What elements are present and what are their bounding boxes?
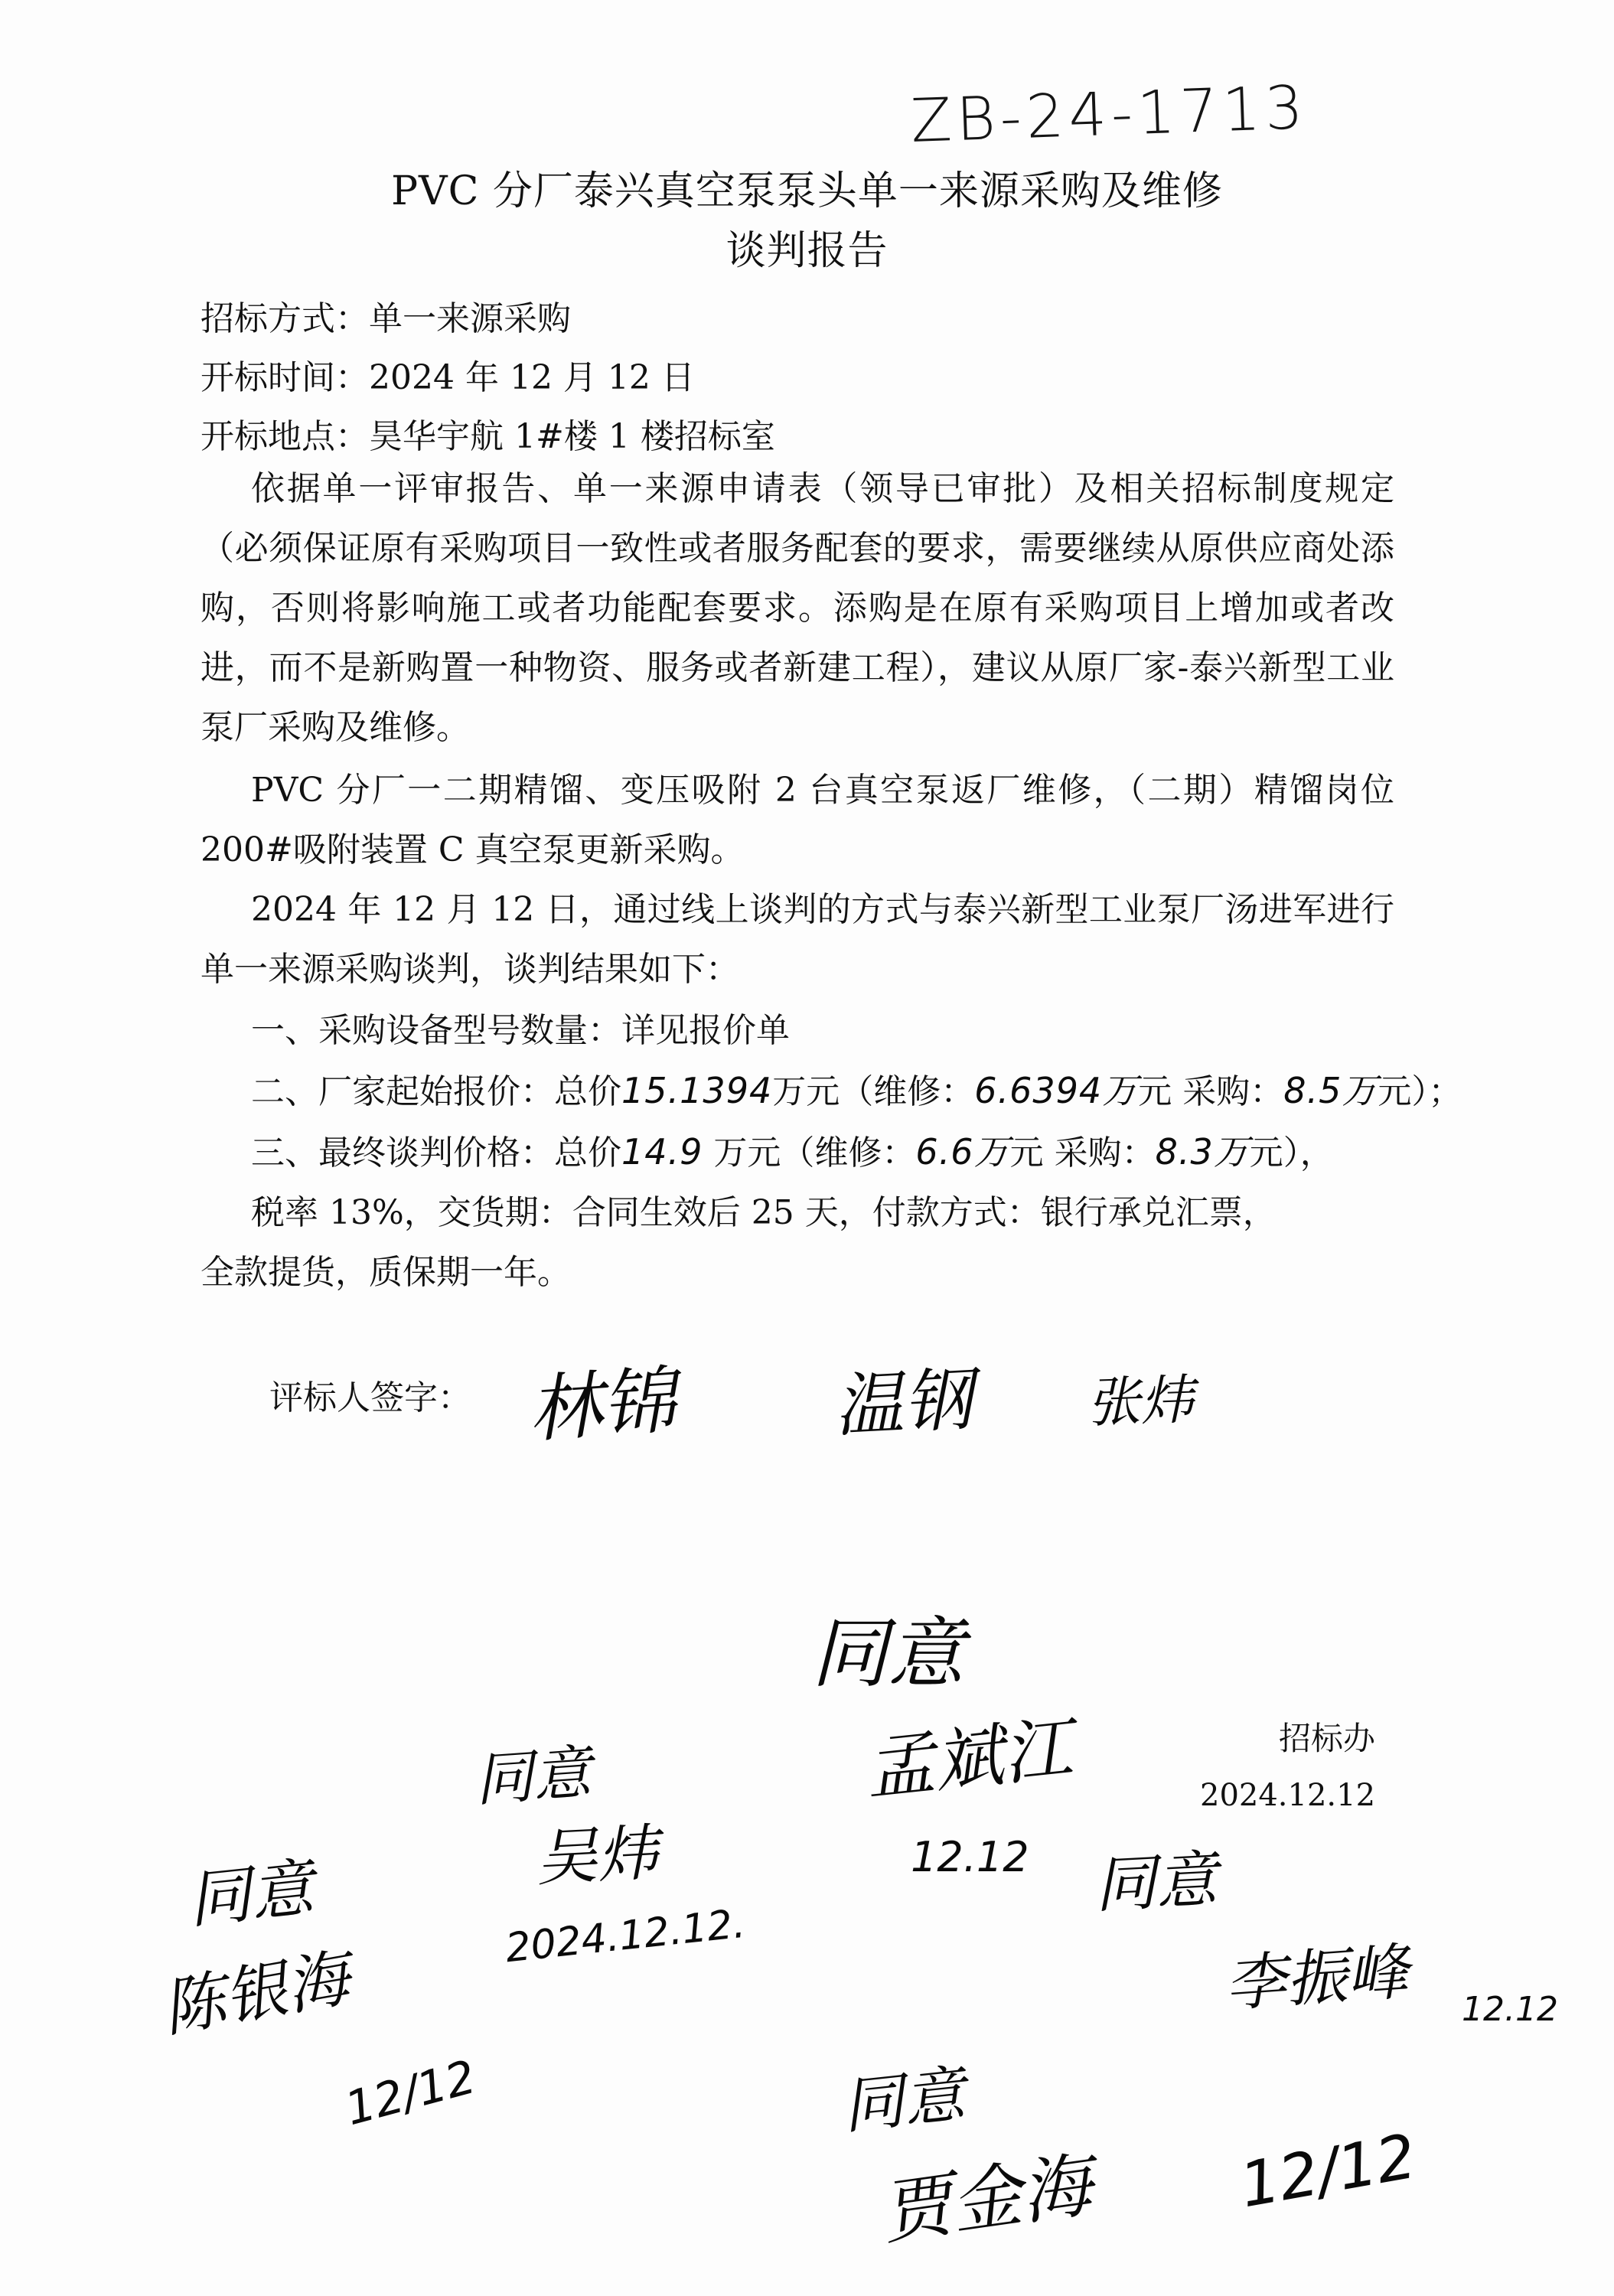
bid-place-label: 开标地点： bbox=[201, 417, 369, 456]
bidding-office-block: 招标办 2024.12.12 bbox=[1200, 1711, 1375, 1824]
bid-method-value: 单一来源采购 bbox=[369, 299, 571, 338]
bid-place-value: 昊华宇航 1#楼 1 楼招标室 bbox=[369, 417, 775, 456]
evaluator-signature-2: 温钢 bbox=[832, 1343, 975, 1450]
equipment-label: 一、采购设备型号数量： bbox=[251, 1011, 621, 1050]
result-item-equipment: 一、采购设备型号数量：详见报价单 bbox=[201, 1001, 1425, 1061]
paragraph-basis: 依据单一评审报告、单一来源申请表（领导已审批）及相关招标制度规定（必须保证原有采… bbox=[201, 459, 1394, 758]
approval-2-text: 同意 bbox=[471, 1726, 593, 1817]
bid-time-row: 开标时间：2024 年 12 月 12 日 bbox=[201, 348, 775, 407]
evaluator-signature-1: 林锦 bbox=[524, 1342, 678, 1456]
approval-5-date: 12.12 bbox=[1462, 1990, 1558, 2029]
title-line-1: PVC 分厂泰兴真空泵泵头单一来源采购及维修 bbox=[0, 165, 1614, 218]
terms-line-2: 全款提货，质保期一年。 bbox=[201, 1243, 1425, 1303]
final-mid: 元 采购： bbox=[1010, 1133, 1156, 1172]
equipment-value: 详见报价单 bbox=[621, 1011, 790, 1050]
approval-3-date: 12.12 bbox=[911, 1833, 1029, 1881]
bidding-office-date: 2024.12.12 bbox=[1200, 1767, 1375, 1824]
approval-7-name: 贾金海 bbox=[874, 2128, 1097, 2258]
approval-2-date: 2024.12.12. bbox=[504, 1901, 748, 1972]
approval-1-text: 同意 bbox=[811, 1592, 964, 1702]
final-purchase-handwritten: 8.3万 bbox=[1156, 1131, 1250, 1172]
result-item-final-price: 三、最终谈判价格：总价14.9 万元（维修：6.6万元 采购：8.3万元）， bbox=[201, 1122, 1425, 1183]
approval-2-name: 吴炜 bbox=[533, 1803, 660, 1897]
initial-unit: 万元（维修： bbox=[772, 1072, 974, 1111]
document-number: ZB-24-1713 bbox=[910, 73, 1309, 156]
final-total-handwritten: 14.9 bbox=[621, 1131, 703, 1172]
final-price-label: 三、最终谈判价格：总价 bbox=[251, 1133, 621, 1172]
approval-7-text: 同意 bbox=[837, 2045, 968, 2145]
bidding-office-name: 招标办 bbox=[1200, 1711, 1375, 1767]
evaluator-signature-3: 张炜 bbox=[1085, 1357, 1195, 1438]
approval-4-text: 同意 bbox=[183, 1838, 317, 1941]
approval-3-name: 孟斌江 bbox=[860, 1692, 1076, 1813]
approval-5-name: 李振峰 bbox=[1221, 1923, 1410, 2023]
bid-time-label: 开标时间： bbox=[201, 358, 369, 397]
approval-6-date: 12/12 bbox=[340, 2050, 481, 2136]
final-unit: 万元（维修： bbox=[703, 1133, 915, 1172]
approval-7-date: 12/12 bbox=[1235, 2121, 1421, 2222]
paragraph-scope: PVC 分厂一二期精馏、变压吸附 2 台真空泵返厂维修，（二期）精馏岗位 200… bbox=[201, 761, 1394, 880]
bid-method-row: 招标方式：单一来源采购 bbox=[201, 289, 775, 348]
title-line-2: 谈判报告 bbox=[0, 224, 1614, 278]
document-title: PVC 分厂泰兴真空泵泵头单一来源采购及维修 谈判报告 bbox=[0, 165, 1614, 278]
bid-method-label: 招标方式： bbox=[201, 299, 369, 338]
bid-meta: 招标方式：单一来源采购 开标时间：2024 年 12 月 12 日 开标地点：昊… bbox=[201, 289, 775, 466]
approval-5-text: 同意 bbox=[1092, 1830, 1219, 1924]
bid-time-value: 2024 年 12 月 12 日 bbox=[369, 358, 695, 397]
result-item-initial-quote: 二、厂家起始报价：总价15.1394万元（维修：6.6394万元 采购：8.5万… bbox=[201, 1061, 1425, 1122]
final-end: 元）， bbox=[1250, 1133, 1334, 1172]
initial-repair-handwritten: 6.6394万 bbox=[974, 1070, 1138, 1111]
initial-total-handwritten: 15.1394 bbox=[621, 1070, 772, 1111]
paragraph-negotiation: 2024 年 12 月 12 日，通过线上谈判的方式与泰兴新型工业泵厂汤进军进行… bbox=[201, 880, 1394, 1000]
negotiation-results: 一、采购设备型号数量：详见报价单 二、厂家起始报价：总价15.1394万元（维修… bbox=[201, 1001, 1425, 1303]
initial-purchase-handwritten: 8.5万 bbox=[1283, 1070, 1378, 1111]
initial-quote-label: 二、厂家起始报价：总价 bbox=[251, 1072, 621, 1111]
evaluator-signature-label: 评标人签字： bbox=[269, 1370, 471, 1419]
bid-place-row: 开标地点：昊华宇航 1#楼 1 楼招标室 bbox=[201, 407, 775, 466]
final-repair-handwritten: 6.6万 bbox=[915, 1131, 1009, 1172]
initial-mid: 元 采购： bbox=[1138, 1072, 1283, 1111]
approval-6-name: 陈银海 bbox=[155, 1929, 356, 2050]
terms-line-1: 税率 13%，交货期：合同生效后 25 天，付款方式：银行承兑汇票， bbox=[201, 1183, 1425, 1243]
initial-end: 元）； bbox=[1378, 1072, 1462, 1111]
